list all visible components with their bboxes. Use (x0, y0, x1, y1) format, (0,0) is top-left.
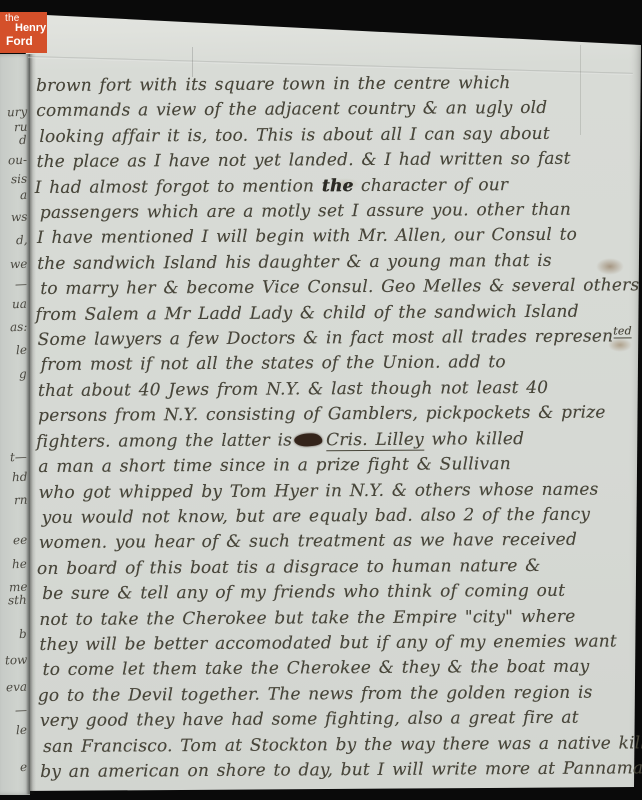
page-edge-fragment: as: (9, 320, 27, 335)
letter-line: persons from N.Y. consisting of Gamblers… (38, 401, 636, 430)
letter-text-segment: passengers which are a motly set I assur… (40, 200, 571, 223)
letter-line: very good they have had some fighting, a… (40, 705, 638, 734)
letter-text-segment: women. you hear of & such treatment as w… (39, 530, 577, 553)
letter-text-segment: I had almost forgot to mention (35, 176, 322, 198)
letter-line: who got whipped by Tom Hyer in N.Y. & ot… (38, 477, 636, 506)
letter-text-segment: on board of this boat tis a disgrace to … (37, 556, 541, 579)
letter-text-segment: persons from N.Y. consisting of Gamblers… (38, 403, 606, 426)
letter-text-segment: to marry her & become Vice Consul. Geo M… (40, 276, 639, 300)
letter-line: a man a short time since in a prize figh… (38, 451, 636, 480)
letter-line: I have mentioned I will begin with Mr. A… (37, 223, 635, 252)
letter-line: Some lawyers a few Doctors & in fact mos… (38, 324, 636, 353)
letter-text-segment: fighters. among the latter is (36, 430, 292, 452)
letter-text-segment: who killed (424, 429, 524, 450)
page-edge-fragment: eva (6, 680, 28, 695)
letter-text-segment: san Francisco. Tom at Stockton by the wa… (43, 733, 642, 757)
page-edge-fragment: t— (10, 450, 27, 465)
page-edge-fragment: sis (11, 172, 28, 187)
letter-text-segment: commands a view of the adjacent country … (36, 98, 547, 121)
ink-blot (294, 433, 322, 446)
letter-line: they will be better accomodated but if a… (39, 629, 637, 658)
letter-text-segment: character of our (353, 175, 508, 196)
letter-line: the place as I have not yet landed. & I … (36, 147, 634, 176)
letter-line: I had almost forgot to mention the chara… (35, 172, 635, 201)
letter-text-sup: ted (613, 325, 632, 339)
letter-text-segment: brown fort with its square town in the c… (36, 73, 511, 96)
letter-text-segment: a man a short time since in a prize figh… (38, 454, 511, 477)
letter-text-segment: Some lawyers a few Doctors & in fact mos… (38, 327, 614, 351)
page-edge-fragment: he (12, 557, 27, 572)
henry-ford-logo: the Henry Ford (0, 12, 47, 53)
page-edge-fragment: we (9, 257, 27, 272)
letter-line: on board of this boat tis a disgrace to … (37, 553, 637, 582)
letter-line: go to the Devil together. The news from … (38, 680, 638, 709)
page-edge-fragment: tow (4, 653, 27, 668)
scanned-letter-photo: uryrudou-sisawsd,we—uaas:legt—hdrneeheme… (0, 0, 642, 800)
letter-text-segment: by an american on shore to day, but I wi… (40, 758, 642, 782)
letter-text-underline: Cris. Lilley (326, 429, 424, 451)
letter-line: san Francisco. Tom at Stockton by the wa… (43, 731, 638, 760)
letter-text-segment: go to the Devil together. The news from … (38, 682, 593, 705)
letter-text-segment: that about 40 Jews from N.Y. & last thou… (38, 378, 548, 401)
page-edge-fragment: hd (11, 470, 27, 485)
page-edge-fragment: ou- (8, 153, 27, 168)
letter-line: to marry her & become Vice Consul. Geo M… (40, 274, 635, 303)
letter-line: the sandwich Island his daughter & a you… (37, 248, 635, 277)
logo-text-henry: Henry (15, 22, 46, 34)
letter-line: to come let them take the Cherokee & the… (43, 655, 638, 684)
letter-line: not to take the Cherokee but take the Em… (39, 604, 637, 633)
letter-text-segment: you would not know, but are equaly bad. … (42, 505, 591, 528)
letter-text-segment: who got whipped by Tom Hyer in N.Y. & ot… (38, 479, 598, 502)
page-edge-fragment: sth (8, 593, 27, 608)
letter-text-segment: the sandwich Island his daughter & a you… (37, 251, 552, 274)
letter-text-segment: to come let them take the Cherokee & the… (43, 657, 590, 680)
letter-line: fighters. among the latter isCris. Lille… (36, 426, 636, 455)
letter-line: by an american on shore to day, but I wi… (40, 756, 638, 785)
letter-text-segment: looking affair it is, too. This is about… (39, 124, 550, 147)
letter-line: women. you hear of & such treatment as w… (39, 528, 637, 557)
letter-line: be sure & tell any of my friends who thi… (42, 578, 637, 607)
letter-text-segment: they will be better accomodated but if a… (39, 631, 617, 655)
letter-text-segment: be sure & tell any of my friends who thi… (42, 581, 565, 604)
letter-text-overwritten: the (322, 176, 354, 196)
letter-line: from Salem a Mr Ladd Lady & child of the… (35, 299, 635, 328)
letter-text: brown fort with its square town in the c… (36, 70, 638, 785)
page-edge-fragment: ua (12, 297, 27, 312)
letter-line: you would not know, but are equaly bad. … (42, 502, 637, 531)
fold-gutter-shadow (26, 54, 36, 794)
letter-line: passengers which are a motly set I assur… (40, 197, 635, 226)
letter-line: looking affair it is, too. This is about… (39, 121, 634, 150)
logo-text-ford: Ford (6, 34, 33, 48)
letter-text-segment: the place as I have not yet landed. & I … (36, 149, 570, 172)
letter-text-segment: from most if not all the states of the U… (41, 353, 506, 376)
letter-text-segment: from Salem a Mr Ladd Lady & child of the… (35, 301, 578, 324)
letter-text-segment: not to take the Cherokee but take the Em… (39, 606, 575, 629)
letter-line: commands a view of the adjacent country … (36, 96, 634, 125)
letter-line: that about 40 Jews from N.Y. & last thou… (38, 375, 636, 404)
letter-line: from most if not all the states of the U… (41, 350, 636, 379)
letter-text-segment: very good they have had some fighting, a… (40, 708, 579, 731)
letter-line: brown fort with its square town in the c… (36, 70, 634, 99)
letter-text-segment: I have mentioned I will begin with Mr. A… (37, 225, 577, 248)
page-edge-fragment: ury (7, 105, 28, 120)
page-edge-fragment: ws (10, 210, 27, 225)
